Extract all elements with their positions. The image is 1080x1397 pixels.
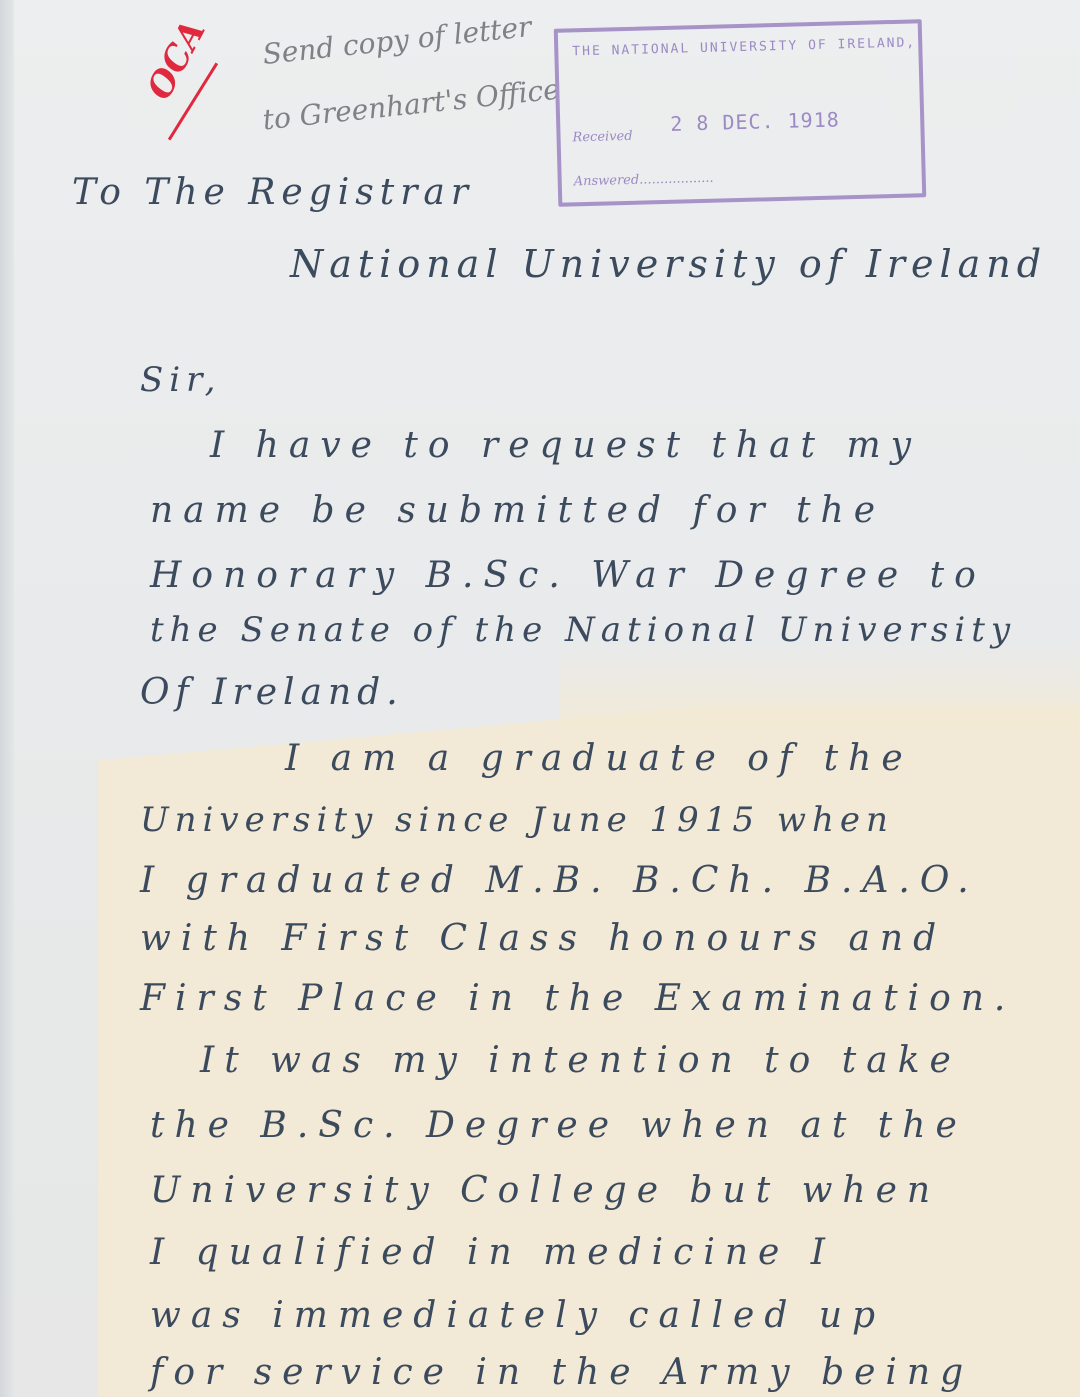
body-line: name be submitted for the xyxy=(150,490,885,531)
body-line: for service in the Army being xyxy=(150,1352,973,1393)
paper-edge xyxy=(0,0,14,1397)
body-line: the B.Sc. Degree when at the xyxy=(150,1105,967,1146)
body-line: was immediately called up xyxy=(150,1295,885,1336)
letter-page: OCA Send copy of letter to Greenhart's O… xyxy=(0,0,1080,1397)
body-line: Of Ireland. xyxy=(140,672,404,713)
body-line: the Senate of the National University xyxy=(150,610,1016,650)
pencil-note-line2: to Greenhart's Office xyxy=(261,73,561,137)
body-line: I graduated M.B. B.Ch. B.A.O. xyxy=(140,860,979,901)
salutation: Sir, xyxy=(140,360,222,400)
red-initials: OCA xyxy=(139,14,213,106)
body-line: First Place in the Examination. xyxy=(140,978,1015,1019)
body-line: with First Class honours and xyxy=(140,918,946,959)
received-stamp: THE NATIONAL UNIVERSITY OF IRELAND, 2 8 … xyxy=(554,19,927,207)
body-line: Honorary B.Sc. War Degree to xyxy=(150,555,986,596)
pencil-note-line1: Send copy of letter xyxy=(261,10,533,71)
body-line: I qualified in medicine I xyxy=(150,1232,835,1273)
body-line: I have to request that my xyxy=(210,425,921,466)
address-line-1: To The Registrar xyxy=(72,172,474,213)
stamp-answered-label: Answered.................. xyxy=(574,171,714,190)
body-line: I am a graduate of the xyxy=(285,738,913,779)
body-line: It was my intention to take xyxy=(200,1040,961,1081)
address-line-2: National University of Ireland xyxy=(290,242,1047,286)
stamp-date: 2 8 DEC. 1918 xyxy=(670,107,840,135)
body-line: University since June 1915 when xyxy=(140,800,894,840)
stamp-header: THE NATIONAL UNIVERSITY OF IRELAND, xyxy=(572,35,916,59)
stamp-received-label: Received xyxy=(572,129,632,146)
body-line: University College but when xyxy=(150,1170,940,1211)
